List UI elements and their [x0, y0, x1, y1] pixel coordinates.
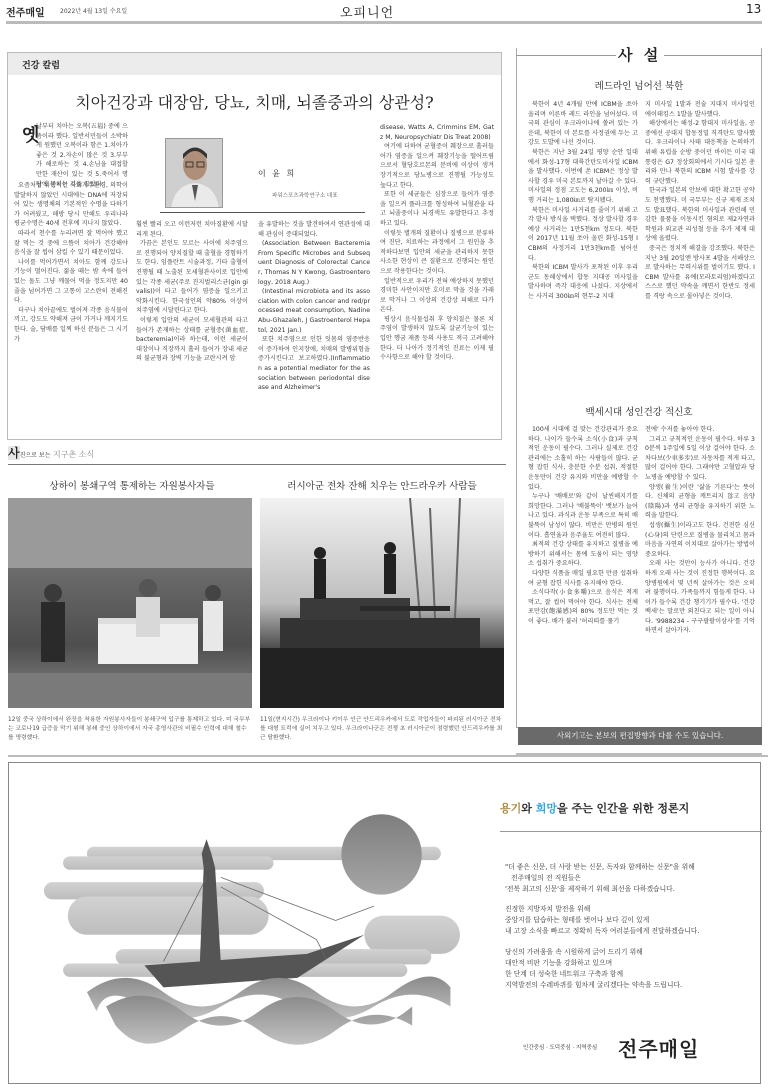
paragraph: 지 미사일 1발과 전술 지대지 미사일인 에이태킴스 1발을 발사했다.	[645, 100, 755, 119]
paragraph: 일반적으로 우리가 전혀 예상하지 못했던 경미한 사안이지만 호미로 막을 것…	[380, 277, 494, 315]
paragraph: 평상시 음식물섭취 후 양치질은 물론 치주염이 발생하지 않도록 살균기능이 …	[380, 315, 494, 363]
person-portrait-icon	[166, 139, 223, 208]
paragraph: 해상에서는 해성-2 함대지 미사일을, 공중에선 공대지 합동정밀 직격탄도 …	[645, 119, 755, 186]
ad-text-block2: 진정한 지방자치 발전을 위해 중앙지를 답습하는 형태를 벗어나 보다 깊이 …	[505, 904, 700, 937]
paragraph: 이렇듯 별개의 질환이나 질병으로 분류하여 진단, 치료하는 과정에서 그 원…	[380, 229, 494, 277]
volunteers-scene-icon	[8, 498, 252, 708]
slogan-courage: 용기	[500, 802, 521, 815]
paragraph: 북한은 지난 3월 24일 평양 순안 일대에서 화성-17형 대륙간탄도미사일…	[528, 148, 638, 206]
disclaimer-notice: 사외기고는 본보의 편집방향과 다를 수도 있습니다.	[518, 727, 762, 745]
paragraph: 한국과 일본의 안보에 대한 확고한 공약도 천명했다. 미 국무부는 신규 제…	[645, 186, 755, 244]
contribution-title: 백세시대 성인건강 적신호	[516, 404, 762, 418]
paragraph: 다양한 식품을 매일 필요한 만큼 섭취하여 균형 잡힌 식사를 유지해야 한다…	[528, 569, 638, 588]
photo-tank-wreckage	[260, 498, 504, 708]
editorial-text-col2: 지 미사일 1발과 전술 지대지 미사일인 에이태킴스 1발을 발사했다. 해상…	[645, 100, 755, 301]
paragraph: 따라서 천수를 누리려면 잘 먹어야 했고 잘 먹는 것 중에 으뜸이 치아가 …	[14, 229, 128, 258]
author-divider	[160, 212, 365, 213]
column-text-col2: 훨씬 빨리 오고 이런저런 치아질환에 시달리게 된다. 가끔은 본인도 모르는…	[136, 220, 248, 364]
paragraph: 북한은 미사일 사거리를 줄이기 위해 고각 발사 방식을 택했다. 정상 발사…	[528, 206, 638, 264]
editorial-rule-right	[664, 55, 762, 56]
photo-title-andriivka: 러시아군 전차 잔해 치우는 안드라우카 사람들	[258, 478, 506, 492]
paragraph: 섭생(攝生)이라고도 한다. 건전한 심신(心身)의 단련으로 질병을 물리치고…	[645, 521, 755, 559]
ad-line: 진정한 지방자치 발전을 위해	[505, 904, 700, 915]
label-rest: 지구촌 소식	[50, 450, 94, 459]
ad-text-block1: "더 좋은 신문, 더 사랑 받는 신문, 독자와 함께하는 신문"을 위해 전…	[505, 862, 695, 895]
photo-caption-shanghai: 12일 중국 상하이에서 완장을 착용한 자원봉사자들이 봉쇄구역 입구를 통제…	[8, 716, 252, 743]
editorial-title: 레드라인 넘어선 북한	[516, 78, 762, 92]
author-name: 이 윤 희	[258, 168, 296, 179]
ad-text-block3: 당신의 가려움을 속 시원하게 긁어 드리기 위해 대안적 비판 기능을 강화하…	[505, 947, 682, 991]
paragraph: 북한의 ICBM 발사가 포착된 이후 우리 군도 동해상에서 합동 지대공 미…	[528, 263, 638, 301]
paragraph: 누구나 '배배로'와 같이 날씬해지기를 희망한다. 그러나 '배불뚝이' 뱃보…	[528, 492, 638, 540]
paragraph: 훨씬 빨리 오고 이런저런 치아질환에 시달리게 된다.	[136, 220, 248, 239]
photo-news-rule	[8, 464, 506, 465]
paragraph: 요즘처럼 위생적인 사회거주환경, 의학이 발달하지 않았던 시대에는 DNA에…	[14, 181, 128, 229]
slogan-conj: 와	[521, 802, 535, 815]
paragraph: 소식다작(小食多嚼)으로 음식은 적게 먹고, 잘 씹어 먹어야 한다. 식사는…	[528, 588, 638, 626]
photo-caption-andriivka: 11일(현지시간) 우크라이나 키이우 인근 안드리우카에서 도로 작업자들이 …	[260, 716, 504, 743]
column-text-col3: 을 유발하는 것을 발견하여서 연관성에 대해 관심이 증대되었다. (Asso…	[258, 220, 370, 393]
author-photo	[165, 138, 223, 208]
paragraph: 최적의 건강 상태를 유지하고 질병을 예방하기 위해서는 몸에 도움이 되는 …	[528, 540, 638, 569]
paragraph: 더구나 치아끝에도 벌어져 각종 음식물이 끼고, 강도도 약해져 금이 가거나…	[14, 306, 128, 344]
paragraph: 또한 이 세균들은 심장으로 들어가 염증을 일으켜 플라크를 형성하여 뇌혈관…	[380, 190, 494, 228]
ad-line: 중앙지를 답습하는 형태를 벗어나 보다 깊이 있게	[505, 915, 700, 926]
column-title: 치아건강과 대장암, 당뇨, 치매, 뇌졸중과의 상관성?	[8, 90, 501, 113]
paragraph: 이렇게 입안의 세균이 모세혈관의 타고 들어가 존재하는 상태를 균혈증(菌血…	[136, 316, 248, 364]
ad-line: 대안적 비판 기능을 강화하고 있으며	[505, 958, 682, 969]
tank-scene-icon	[260, 498, 504, 708]
paragraph: 또한 치주염으로 인한 잇몸의 염증반응이 증가하여 인지장애, 치매의 발병위…	[258, 335, 370, 393]
ad-slogan: 용기와 희망을 주는 인간을 위한 정론지	[500, 800, 689, 816]
editorial-heading: 사 설	[618, 44, 661, 65]
issue-date: 2022년 4월 13일 수요일	[60, 6, 127, 15]
paragraph: disease, Watts A, Crimmins EM, Gatz M, N…	[380, 123, 494, 142]
ad-line: "더 좋은 신문, 더 사랑 받는 신문, 독자와 함께하는 신문"을 위해	[505, 862, 695, 873]
page-number: 13	[746, 2, 761, 16]
ad-line: 전주매일의 전 직원들은	[505, 873, 695, 884]
paragraph: 양생(養生)이란 '삶을 기른다'는 뜻이다. 신체의 균형을 깨트리지 않고 …	[645, 483, 755, 521]
paragraph: 중국은 정치적 해결을 강조했다. 북한은 지난 3월 20일엔 방사포 4발을…	[645, 244, 755, 302]
ad-slogan-rule	[500, 831, 762, 832]
ad-logo: 전주매일	[618, 1033, 699, 1062]
label-cap: 사	[8, 446, 20, 460]
ad-line: '전북 최고의 신문'을 제작하기 위해 최선을 다하겠습니다.	[505, 884, 695, 895]
paragraph: 오래 사는 것만이 능사가 아니다. 건강하게 오래 사는 것이 진정한 행복이…	[645, 559, 755, 636]
ad-illustration	[20, 800, 460, 1060]
column-text-col1-intro: 날부터 치아는 오복(五福) 중에 으뜸이라 했다. 일반서민들이 소박하게 원…	[36, 122, 128, 189]
contribution-text-col2: 전에' 수저를 놓아야 한다. 그리고 규칙적인 운동이 필수다. 하루 30분…	[645, 425, 755, 636]
paragraph: 나이를 먹어가면서 치아도 함께 강도나 기능이 떨어진다. 젊을 때는 밤 속…	[14, 258, 128, 306]
column-label: 건강 칼럼	[8, 53, 501, 75]
paragraph: 전에' 수저를 놓아야 한다.	[645, 425, 755, 435]
column-text-col1: 요즘처럼 위생적인 사회거주환경, 의학이 발달하지 않았던 시대에는 DNA에…	[14, 181, 128, 344]
photo-shanghai-volunteers	[8, 498, 252, 708]
ad-line: 당신의 가려움을 속 시원하게 긁어 드리기 위해	[505, 947, 682, 958]
author-role: 파워스포츠과학연구소 대표	[272, 191, 338, 199]
ad-motto: 인간중심 · 도덕중심 · 지역중심	[523, 1043, 597, 1051]
paragraph: 그리고 규칙적인 운동이 필수다. 하루 30분씩 1주일에 5일 이상 걸어야…	[645, 435, 755, 483]
paragraph: (Intestinal microbiota and its associati…	[258, 287, 370, 335]
ad-line: 한 단계 더 성숙한 네트워크 구축과 함께	[505, 969, 682, 980]
header-divider	[6, 21, 762, 24]
slogan-hope: 희망	[536, 802, 557, 815]
ad-line: 내 고장 소식을 빠르고 정확히 독자 여러분들에게 전달하겠습니다.	[505, 926, 700, 937]
page-mid-rule	[8, 755, 768, 757]
section-title: 오피니언	[340, 2, 394, 21]
editorial-text-col1: 북한이 4년 4개월 만에 ICBM을 쏘아 올리며 이른바 레드 라인을 넘어…	[528, 100, 638, 301]
paragraph: (Association Between Bacteremia From Spe…	[258, 239, 370, 287]
paragraph: 가끔은 본인도 모르는 사이에 치주염으로 진행되어 양치질할 때 출혈을 경험…	[136, 239, 248, 316]
editorial-rule-left	[516, 55, 616, 56]
pen-ship-illustration-icon	[20, 800, 460, 1060]
slogan-rest: 을 주는 인간을 위한 정론지	[557, 802, 689, 815]
photo-news-label: 사진으로 보는 지구촌 소식	[8, 444, 94, 461]
paragraph: 북한이 4년 4개월 만에 ICBM을 쏘아 올리며 이른바 레드 라인을 넘어…	[528, 100, 638, 148]
contribution-text-col1: 100세 시대에 걸 맞는 건강관리가 중요하다. 나이가 들수록 소식(小食)…	[528, 425, 638, 626]
column-text-col4: disease, Watts A, Crimmins EM, Gatz M, N…	[380, 123, 494, 363]
photo-title-shanghai: 상하이 봉쇄구역 통제하는 자원봉사자들	[8, 478, 256, 492]
paragraph: 날부터 치아는 오복(五福) 중에 으뜸이라 했다. 일반서민들이 소박하게 원…	[36, 122, 128, 189]
label-small: 진으로 보는	[20, 452, 51, 459]
newspaper-brand: 전주매일	[6, 4, 45, 19]
paragraph: 여기에 더하여 균혈증이 췌장으로 흘러들어가 염증을 일으켜 췌장기능을 떨어…	[380, 142, 494, 190]
paragraph: 을 유발하는 것을 발견하여서 연관성에 대해 관심이 증대되었다.	[258, 220, 370, 239]
paragraph: 100세 시대에 걸 맞는 건강관리가 중요하다. 나이가 들수록 소식(小食)…	[528, 425, 638, 492]
ad-line: 지역발전의 수레바퀴를 힘차게 굴리겠다는 약속을 드립니다.	[505, 980, 682, 991]
